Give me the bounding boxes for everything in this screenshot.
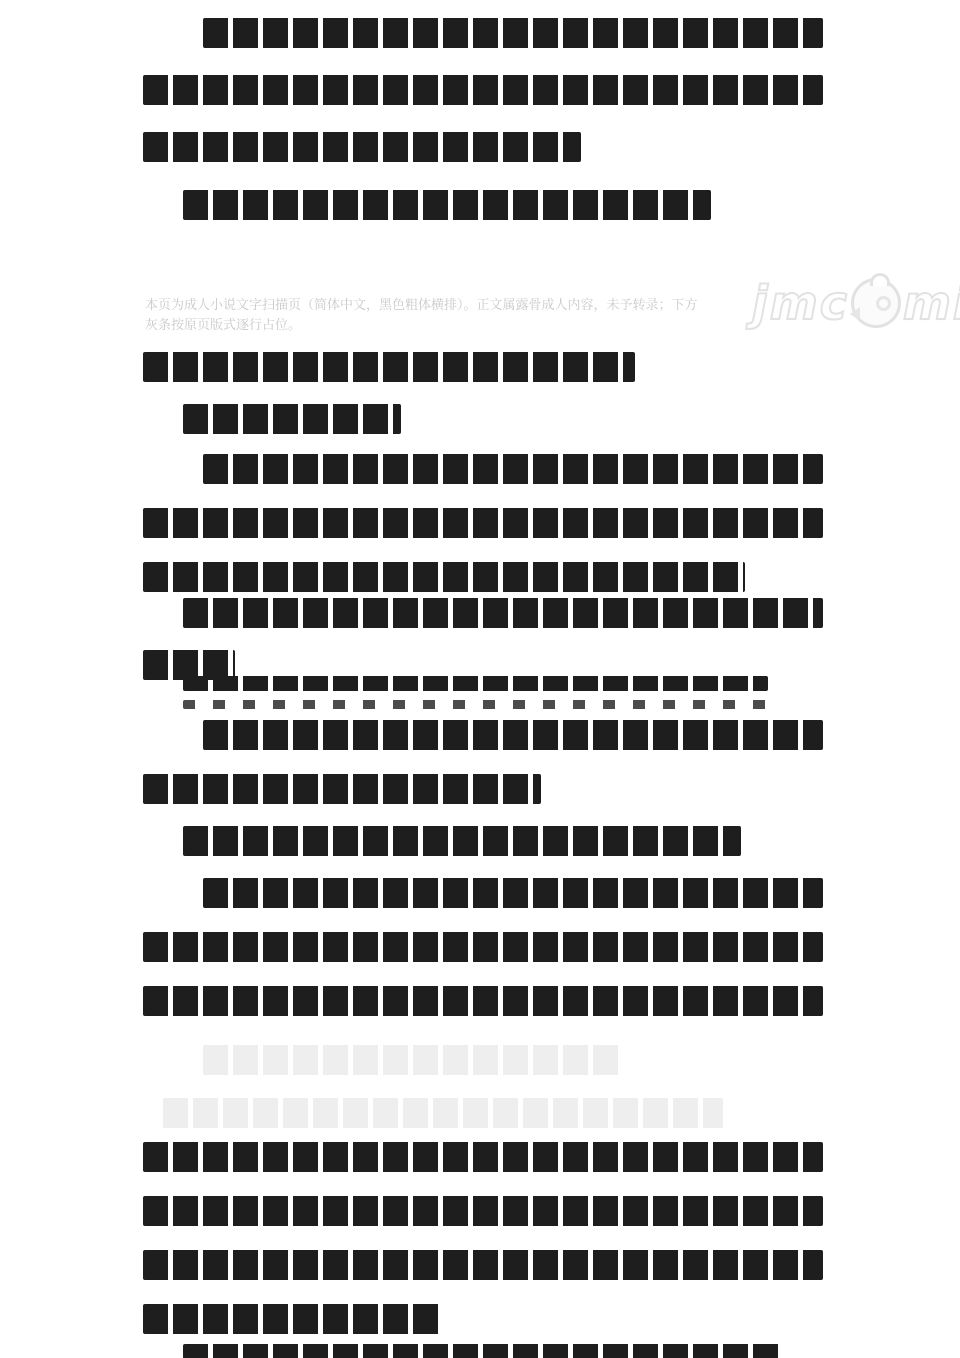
redacted-text-line <box>143 986 823 1016</box>
redacted-text-line <box>143 1142 823 1172</box>
redacted-dialogue-line <box>183 1344 783 1358</box>
novel-scan-page: jmc mic 本页为成人小说文字扫描页（简体中文，黑色粗体横排）。正文属露骨成… <box>0 0 960 1358</box>
redacted-dialogue-line <box>183 598 823 628</box>
ghost-text-line <box>163 1098 723 1128</box>
redacted-dialogue-line <box>183 676 768 691</box>
redacted-text-line <box>143 132 581 162</box>
redacted-text-line <box>203 878 823 908</box>
redacted-text-line <box>143 508 823 538</box>
redacted-dialogue-line <box>183 700 768 709</box>
redacted-text-line <box>143 1304 443 1334</box>
redacted-text-line <box>203 454 823 484</box>
redacted-text-line <box>143 562 745 592</box>
ghost-text-line <box>203 1045 623 1075</box>
redacted-dialogue-line <box>183 190 711 220</box>
text-column <box>143 0 823 1358</box>
redacted-dialogue-line <box>183 826 741 856</box>
jmcomic-mascot-icon <box>851 278 901 328</box>
watermark-text-suffix: mic <box>903 280 960 326</box>
redacted-text-line <box>143 932 823 962</box>
redacted-text-line <box>203 18 823 48</box>
redacted-dialogue-line <box>183 404 401 434</box>
redacted-text-line <box>143 1196 823 1226</box>
redacted-text-line <box>143 75 823 105</box>
redacted-text-line <box>143 1250 823 1280</box>
redacted-text-line <box>143 352 635 382</box>
redacted-text-line <box>203 720 823 750</box>
redacted-text-line <box>143 774 541 804</box>
